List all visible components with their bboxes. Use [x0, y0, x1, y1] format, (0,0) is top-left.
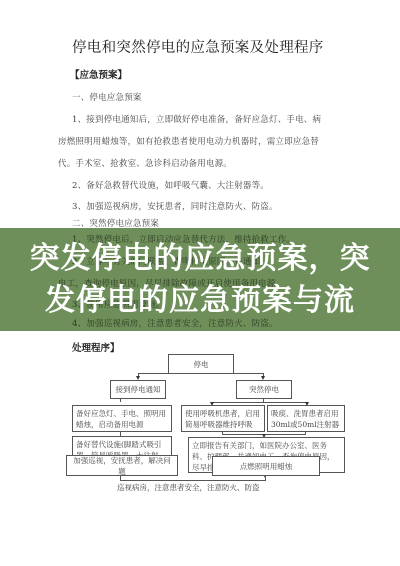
flow-left-step3-text: 加强巡视，安抚患者，解决问题: [70, 455, 174, 476]
banner-title: 突发停电的应急预案，突发停电的应急预案与流: [0, 238, 400, 322]
part1-line: 房燃照明用蜡烛等，如有抢救患者使用电动力机器时，需立即应急替: [58, 135, 319, 147]
flow-right-step3-box: 点燃照明用蜡烛: [212, 456, 320, 476]
flow-right-step3-text: 点燃照明用蜡烛: [240, 461, 293, 472]
part1-line: 2、备好急救替代设施，如呼吸气囊、大注射器等。: [72, 179, 269, 191]
part1-heading: 一、停电应急预案: [72, 91, 142, 103]
flow-root-box: 停电: [168, 354, 234, 374]
flow-left-step1-text: 备好应急灯、手电、照明用蜡烛，启动备用电源: [76, 409, 166, 429]
connector-line: [212, 402, 308, 403]
flow-right-step1b-text: 吸痰、洗胃患者启用30ml或50ml注射器抽吸: [271, 409, 339, 432]
document-title: 停电和突然停电的应急预案及处理程序: [72, 36, 324, 57]
connector-line: [120, 480, 266, 481]
document-page: 停电和突然停电的应急预案及处理程序 【应急预案】 一、停电应急预案 1、接到停电…: [0, 0, 400, 566]
flow-right-step1a-text: 使用呼吸机患者，启用简易呼吸器维持呼吸: [185, 409, 260, 429]
flow-right-branch-box: 突然停电: [236, 380, 292, 399]
flowchart-footer: 巡视病房，注意患者安全，注意防火、防盗: [117, 482, 260, 493]
flowchart-heading: 处理程序】: [72, 340, 120, 354]
connector-line: [263, 399, 264, 402]
part1-line: 1、接到停电通知后，立即做好停电准备，备好应急灯、手电、病: [72, 113, 321, 125]
flow-right-step1b-box: 吸痰、洗胃患者启用30ml或50ml注射器抽吸: [267, 405, 345, 432]
part1-line: 代。手术室、抢救室、急诊科启动备用电源。: [58, 157, 232, 169]
flow-left-branch-label: 接到停电通知: [116, 384, 161, 395]
connector-line: [120, 399, 121, 402]
title-banner: 1、突然停电后，立即启动应急替代方法，维持抢救工作。 2、立即与有关部门联系，查…: [0, 228, 400, 331]
flow-left-branch-box: 接到停电通知: [110, 380, 166, 399]
connector-line: [305, 432, 306, 434]
connector-line: [138, 373, 264, 374]
flow-right-step1a-box: 使用呼吸机患者，启用简易呼吸器维持呼吸: [181, 405, 265, 432]
flow-left-step3-box: 加强巡视，安抚患者，解决问题: [66, 455, 178, 476]
connector-line: [265, 476, 266, 481]
flow-right-branch-label: 突然停电: [249, 384, 279, 395]
flow-left-step1-box: 备好应急灯、手电、照明用蜡烛，启动备用电源: [72, 405, 172, 432]
part1-line: 3、加强巡视病房，安抚患者，同时注意防火、防盗。: [72, 200, 278, 212]
flow-root-label: 停电: [194, 359, 209, 370]
section-label-emergency-plan: 【应急预案】: [70, 67, 127, 81]
